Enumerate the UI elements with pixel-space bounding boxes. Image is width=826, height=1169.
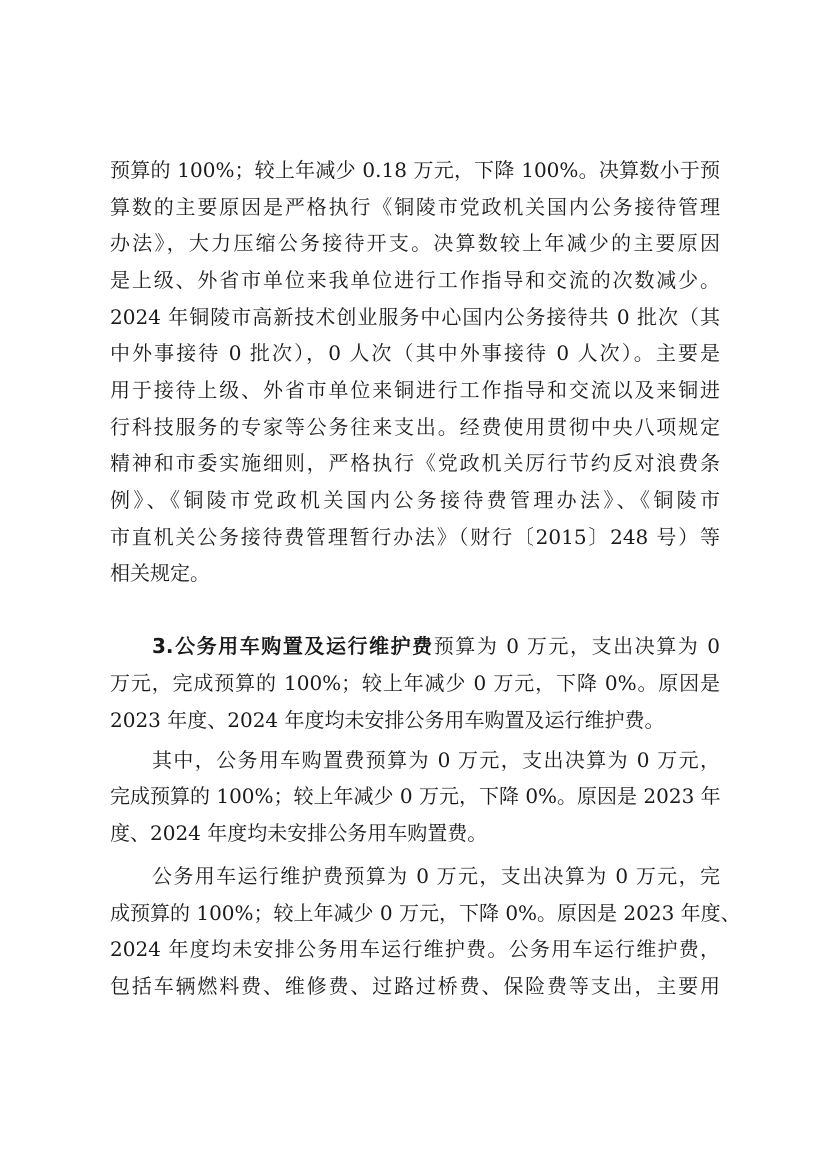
text-line: 度、2024 年度均未安排公务用车购置费。 xyxy=(110,818,720,848)
text-line: 例》、《铜陵市党政机关国内公务接待费管理办法》、《铜陵市 xyxy=(110,485,720,515)
text-line: 万元，完成预算的 100%；较上年减少 0 万元，下降 0%。原因是 xyxy=(110,668,720,698)
text-line: 市直机关公务接待费管理暂行办法》（财行〔2015〕248 号）等 xyxy=(110,522,720,552)
text-run: 预算为 0 万元，支出决算为 0 xyxy=(434,634,720,658)
text-line: 其中，公务用车购置费预算为 0 万元，支出决算为 0 万元， xyxy=(152,745,720,775)
text-line: 中外事接待 0 批次），0 人次（其中外事接待 0 人次）。主要是 xyxy=(110,338,720,368)
text-line: 行科技服务的专家等公务往来支出。经费使用贯彻中央八项规定 xyxy=(110,412,720,442)
text-line: 2023 年度、2024 年度均未安排公务用车购置及运行维护费。 xyxy=(110,705,720,735)
text-line: 算数的主要原因是严格执行《铜陵市党政机关国内公务接待管理 xyxy=(110,192,720,222)
text-line: 是上级、外省市单位来我单位进行工作指导和交流的次数减少。 xyxy=(110,265,720,295)
text-line: 2024 年铜陵市高新技术创业服务中心国内公务接待共 0 批次（其 xyxy=(110,302,720,332)
text-line: 预算的 100%；较上年减少 0.18 万元，下降 100%。决算数小于预 xyxy=(110,155,720,185)
text-line: 成预算的 100%；较上年减少 0 万元，下降 0%。原因是 2023 年度、 xyxy=(110,898,720,928)
document-page: 预算的 100%；较上年减少 0.18 万元，下降 100%。决算数小于预 算数… xyxy=(0,0,826,1169)
text-line: 2024 年度均未安排公务用车运行维护费。公务用车运行维护费， xyxy=(110,934,720,964)
text-line: 公务用车运行维护费预算为 0 万元，支出决算为 0 万元，完 xyxy=(152,861,720,891)
text-line: 用于接待上级、外省市单位来铜进行工作指导和交流以及来铜进 xyxy=(110,375,720,405)
text-line: 3.公务用车购置及运行维护费预算为 0 万元，支出决算为 0 xyxy=(152,631,720,661)
text-line: 包括车辆燃料费、维修费、过路过桥费、保险费等支出，主要用 xyxy=(110,971,720,1001)
text-line: 相关规定。 xyxy=(110,558,720,588)
section-heading: 3.公务用车购置及运行维护费 xyxy=(152,634,434,658)
text-line: 办法》，大力压缩公务接待开支。决算数较上年减少的主要原因 xyxy=(110,228,720,258)
text-line: 完成预算的 100%；较上年减少 0 万元，下降 0%。原因是 2023 年 xyxy=(110,781,720,811)
text-line: 精神和市委实施细则，严格执行《党政机关厉行节约反对浪费条 xyxy=(110,448,720,478)
